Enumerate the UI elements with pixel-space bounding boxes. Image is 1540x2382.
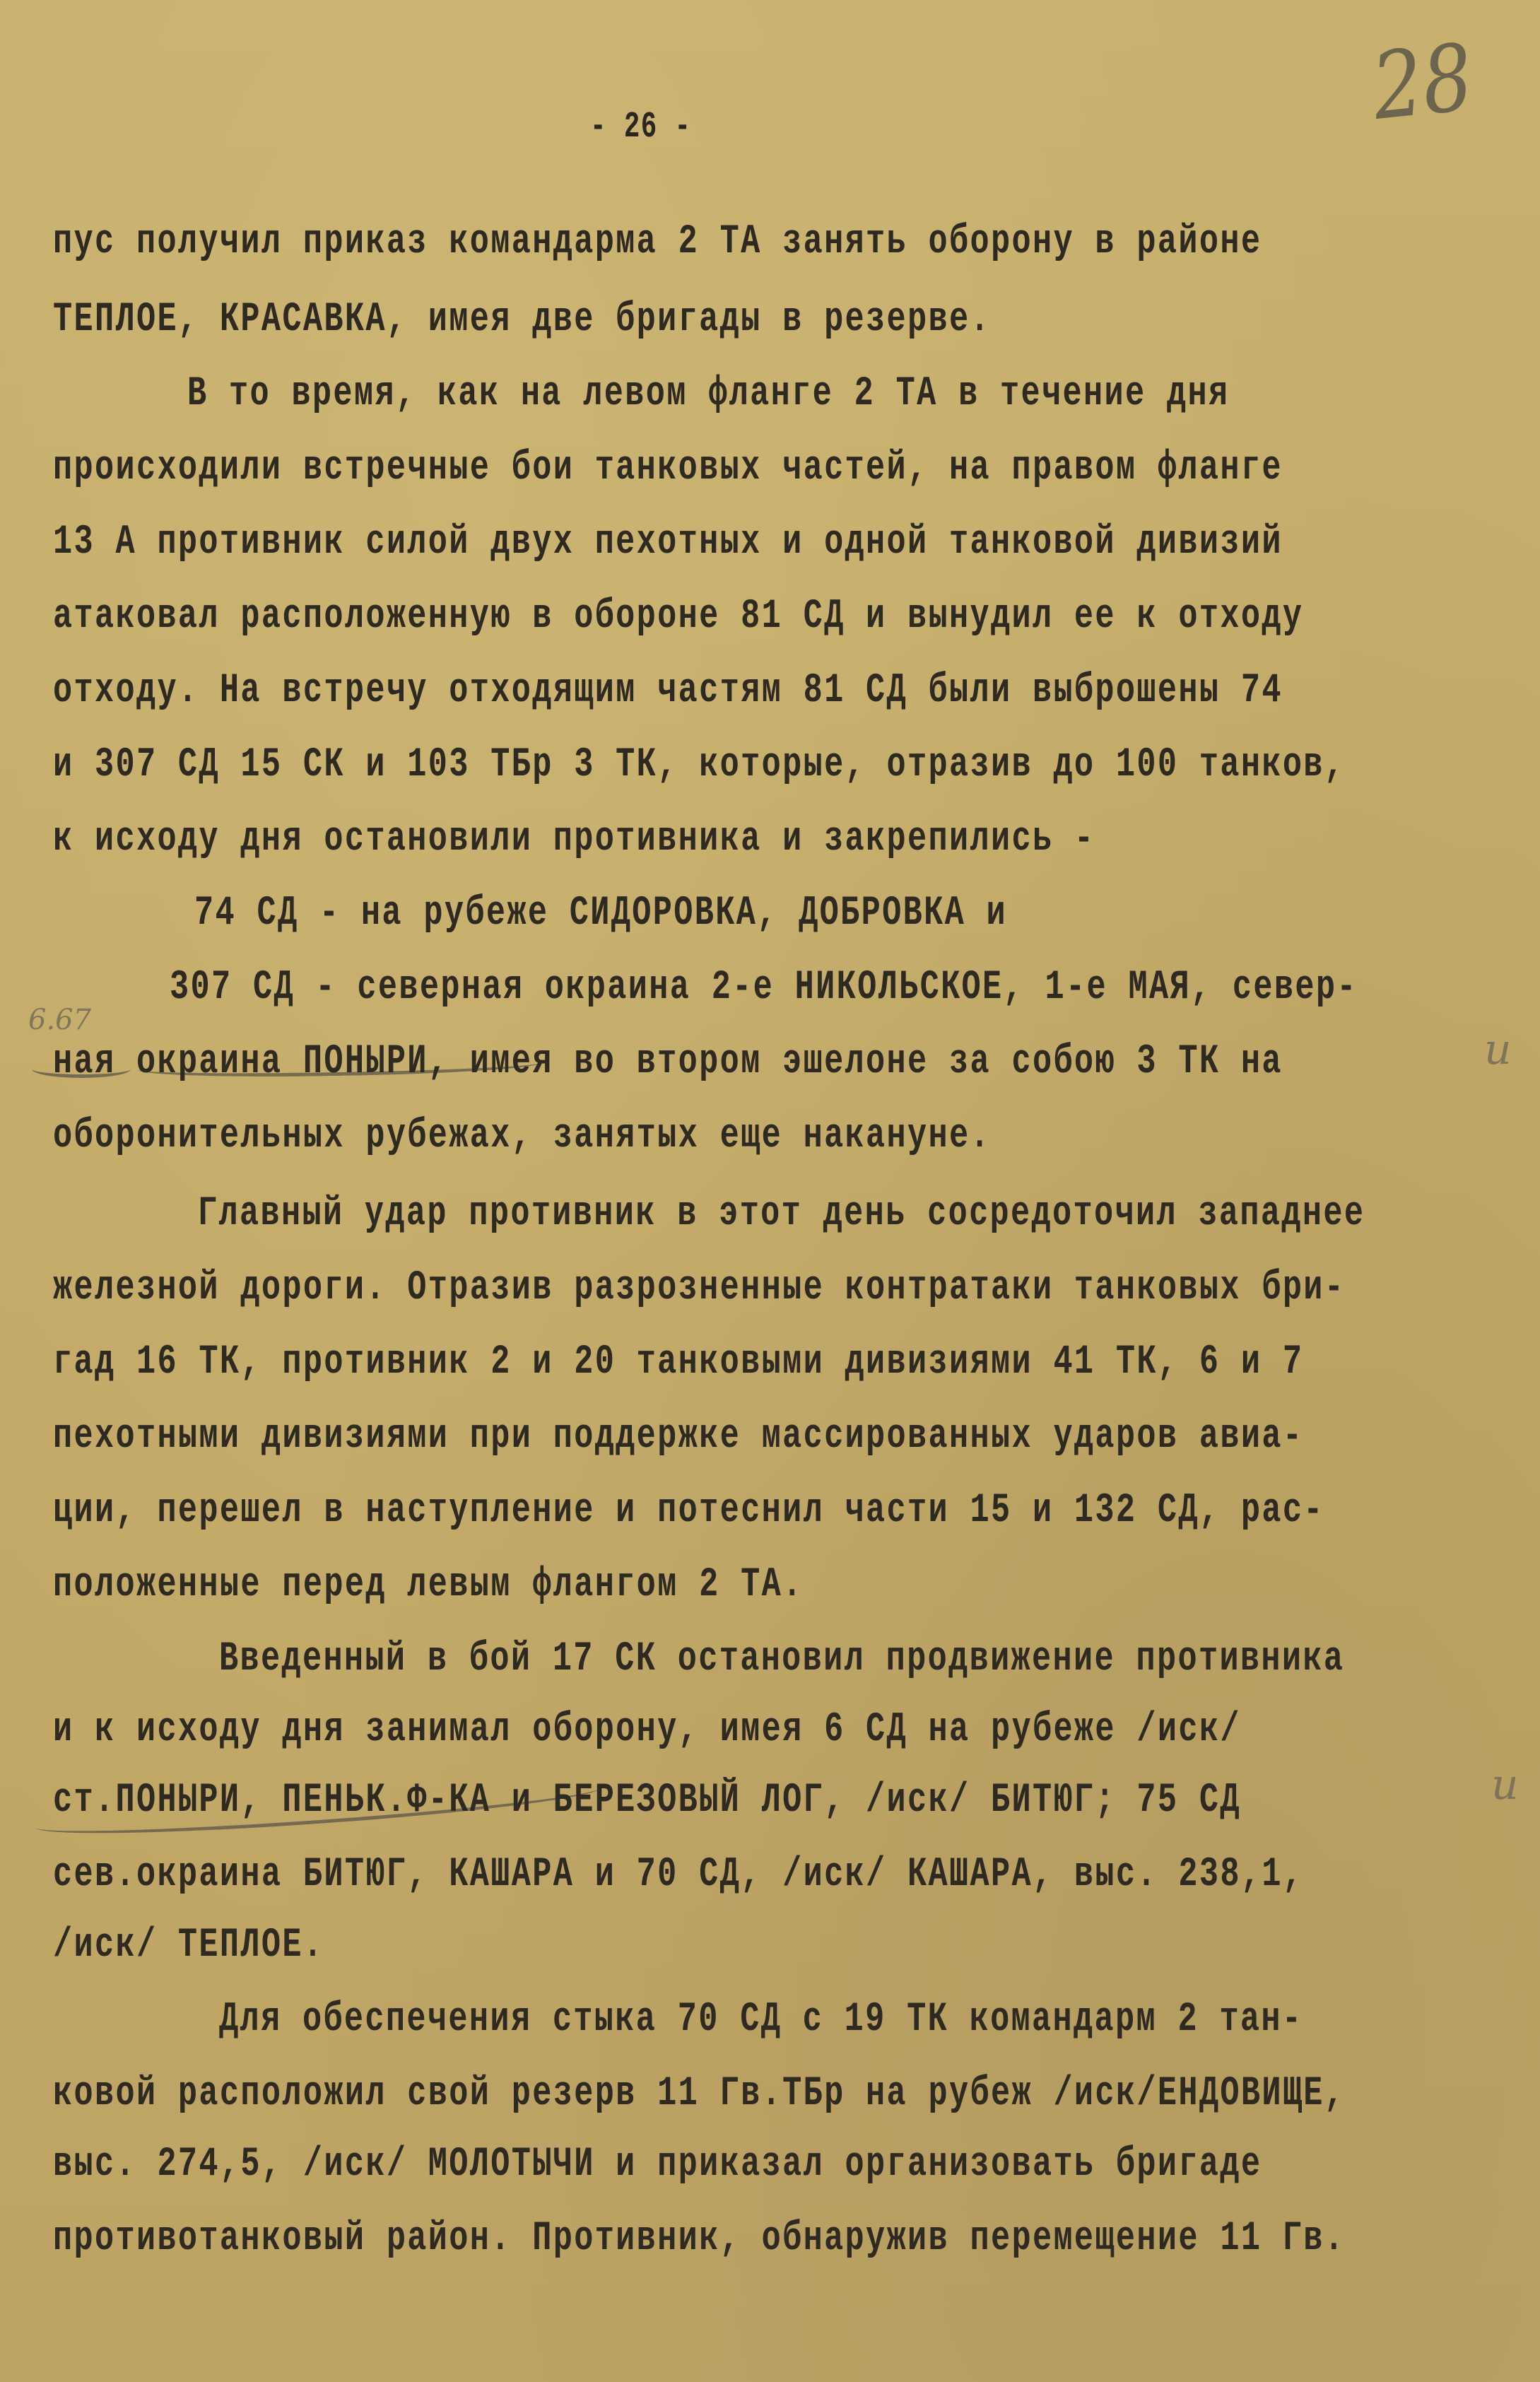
text-line: ная окраина ПОНЫРИ, имея во втором эшело… [53,1039,1283,1085]
text-line: выс. 274,5, /иск/ МОЛОТЫЧИ и приказал ор… [53,2142,1262,2188]
text-line: происходили встречные бои танковых часте… [53,445,1283,491]
text-line: оборонительных рубежах, занятых еще нака… [53,1113,991,1159]
text-line: и 307 СД 15 СК и 103 ТБр 3 ТК, которые, … [53,742,1345,788]
text-line: ковой расположил свой резерв 11 Гв.ТБр н… [53,2071,1345,2117]
text-line: и к исходу дня занимал оборону, имея 6 С… [53,1707,1241,1753]
text-line: 74 СД - на рубеже СИДОРОВКА, ДОБРОВКА и [194,891,1007,937]
text-line: гад 16 ТК, противник 2 и 20 танковыми ди… [53,1339,1303,1385]
archive-sheet-number: 28 [1368,23,1478,141]
text-line: ТЕПЛОЕ, КРАСАВКА, имея две бригады в рез… [53,297,991,343]
text-line: ст.ПОНЫРИ, ПЕНЬК.Ф-КА и БЕРЕЗОВЫЙ ЛОГ, /… [53,1778,1241,1824]
margin-pencil-note: 6.67 [28,1004,91,1036]
text-line: В то время, как на левом фланге 2 ТА в т… [187,371,1229,417]
text-line: Для обеспечения стыка 70 СД с 19 ТК кома… [219,1997,1303,2043]
text-line: противотанковый район. Противник, обнару… [53,2216,1345,2262]
text-line: атаковал расположенную в обороне 81 СД и… [53,594,1303,640]
text-line: 307 СД - северная окраина 2-е НИКОЛЬСКОЕ… [170,965,1358,1011]
text-line: пехотными дивизиями при поддержке массир… [53,1414,1303,1460]
text-line: /иск/ ТЕПЛОЕ. [53,1923,324,1969]
text-line: пус получил приказ командарма 2 ТА занят… [53,219,1262,265]
text-line: Главный удар противник в этот день сосре… [198,1191,1365,1237]
text-line: сев.окраина БИТЮГ, КАШАРА и 70 СД, /иск/… [53,1852,1303,1898]
text-line: отходу. На встречу отходящим частям 81 С… [53,668,1283,714]
margin-mark-2: и [1491,1760,1519,1809]
text-line: ции, перешел в наступление и потеснил ча… [53,1488,1324,1534]
text-line: положенные перед левым флангом 2 ТА. [53,1562,804,1608]
text-line: к исходу дня остановили противника и зак… [53,816,1095,862]
text-line: железной дороги. Отразив разрозненные ко… [53,1265,1345,1311]
text-line: 13 А противник силой двух пехотных и одн… [53,520,1283,565]
page-number: - 26 - [590,106,691,148]
text-line: Введенный в бой 17 СК остановил продвиже… [219,1636,1344,1682]
margin-mark-1: и [1484,1025,1512,1074]
